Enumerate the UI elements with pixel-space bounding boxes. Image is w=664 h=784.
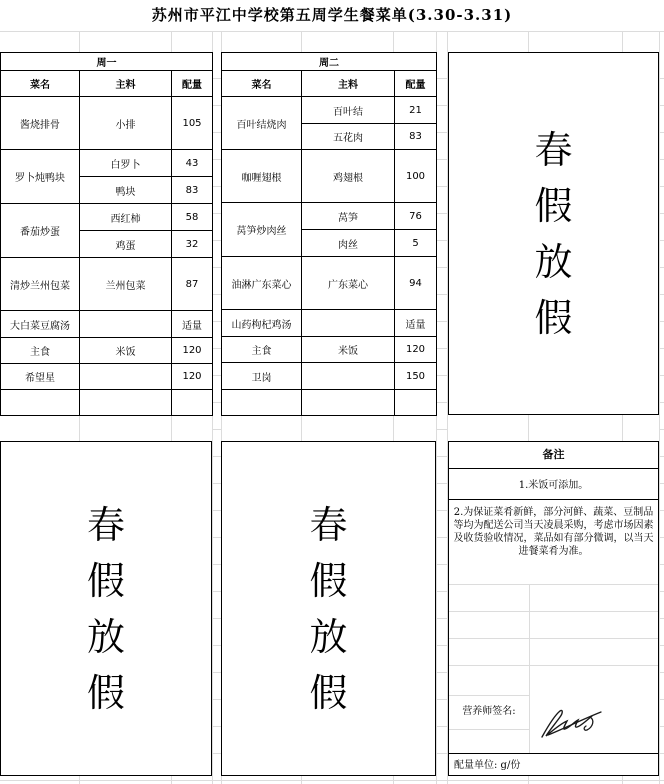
notes-panel: 备注 1.米饭可添加。 2.为保证菜肴新鲜，部分河鲜、蔬菜、豆制品等均为配送公司…	[448, 441, 659, 776]
holiday-char: 放	[309, 609, 347, 665]
amount-cell: 120	[172, 338, 213, 364]
column-header: 主料	[302, 71, 395, 97]
amount-cell: 58	[172, 204, 213, 231]
amount-cell	[172, 390, 213, 416]
holiday-char: 放	[534, 234, 572, 290]
amount-cell: 43	[172, 150, 213, 177]
amount-cell: 83	[172, 177, 213, 204]
ingredient-cell: 鸡翅根	[302, 150, 395, 203]
dish-cell: 百叶结烧肉	[222, 97, 302, 150]
gridline	[529, 584, 530, 753]
dietitian-signature	[535, 704, 605, 746]
ingredient-cell: 小排	[80, 97, 172, 150]
amount-cell: 120	[395, 337, 437, 363]
page-title: 苏州市平江中学校第五周学生餐菜单(3.30-3.31)	[0, 4, 664, 25]
day-header: 周二	[222, 53, 437, 71]
dish-cell: 番茄炒蛋	[1, 204, 80, 258]
ingredient-cell: 肉丝	[302, 230, 395, 257]
day-header: 周一	[1, 53, 213, 71]
dish-cell: 咖喱翅根	[222, 150, 302, 203]
ingredient-cell: 百叶结	[302, 97, 395, 124]
ingredient-cell	[302, 390, 395, 416]
dish-cell: 主食	[1, 338, 80, 364]
amount-cell	[395, 390, 437, 416]
holiday-panel-bottom-middle: 春 假 放 假	[221, 441, 436, 776]
amount-cell: 适量	[172, 311, 213, 338]
holiday-char: 假	[309, 553, 347, 609]
ingredient-cell: 米饭	[302, 337, 395, 363]
dish-cell	[1, 390, 80, 416]
menu-sheet: 苏州市平江中学校第五周学生餐菜单(3.30-3.31) 周一 菜名 主料 配量 …	[0, 0, 664, 784]
ingredient-cell: 鸡蛋	[80, 231, 172, 258]
gridline	[0, 31, 664, 32]
amount-cell: 83	[395, 124, 437, 150]
ingredient-cell: 米饭	[80, 338, 172, 364]
holiday-char: 春	[87, 497, 125, 553]
gridline	[449, 638, 658, 639]
ingredient-cell	[302, 310, 395, 337]
gridline	[660, 52, 664, 776]
holiday-char: 假	[87, 665, 125, 721]
ingredient-cell: 莴笋	[302, 203, 395, 230]
amount-cell: 120	[172, 364, 213, 390]
portion-unit-label: 配量单位: g/份	[449, 753, 658, 777]
column-header: 配量	[395, 71, 437, 97]
gridline	[449, 665, 658, 666]
amount-cell: 87	[172, 258, 213, 311]
column-header: 主料	[80, 71, 172, 97]
amount-cell: 5	[395, 230, 437, 257]
gridline	[449, 584, 658, 585]
notes-header: 备注	[449, 442, 658, 469]
gridline	[213, 52, 221, 776]
gridline	[0, 780, 664, 781]
dish-cell: 清炒兰州包菜	[1, 258, 80, 311]
gridline	[449, 611, 658, 612]
ingredient-cell	[80, 390, 172, 416]
column-header: 配量	[172, 71, 213, 97]
ingredient-cell	[80, 364, 172, 390]
dietitian-signature-label: 营养师签名:	[449, 695, 529, 729]
amount-cell: 100	[395, 150, 437, 203]
tuesday-menu-table: 周二 菜名 主料 配量 百叶结烧肉 百叶结 21 五花肉 83 咖喱翅根 鸡翅根…	[221, 52, 437, 416]
ingredient-cell: 五花肉	[302, 124, 395, 150]
holiday-char: 放	[87, 609, 125, 665]
holiday-char: 假	[87, 553, 125, 609]
ingredient-cell	[80, 311, 172, 338]
dish-cell: 山药枸杞鸡汤	[222, 310, 302, 337]
dish-cell: 酱烧排骨	[1, 97, 80, 150]
column-header: 菜名	[1, 71, 80, 97]
holiday-panel-bottom-left: 春 假 放 假	[0, 441, 212, 776]
ingredient-cell	[302, 363, 395, 390]
amount-cell: 105	[172, 97, 213, 150]
notes-item-1: 1.米饭可添加。	[449, 469, 658, 500]
amount-cell: 21	[395, 97, 437, 124]
ingredient-cell: 西红柿	[80, 204, 172, 231]
gridline	[437, 52, 447, 776]
amount-cell: 150	[395, 363, 437, 390]
amount-cell: 32	[172, 231, 213, 258]
gridline	[449, 729, 529, 730]
dish-cell: 油淋广东菜心	[222, 257, 302, 310]
holiday-char: 假	[309, 665, 347, 721]
amount-cell: 适量	[395, 310, 437, 337]
dish-cell: 卫岗	[222, 363, 302, 390]
ingredient-cell: 广东菜心	[302, 257, 395, 310]
amount-cell: 94	[395, 257, 437, 310]
dish-cell	[222, 390, 302, 416]
dish-cell: 莴笋炒肉丝	[222, 203, 302, 257]
ingredient-cell: 白罗卜	[80, 150, 172, 177]
monday-menu-table: 周一 菜名 主料 配量 酱烧排骨 小排 105 罗卜炖鸭块 白罗卜 43 鸭块 …	[0, 52, 213, 416]
ingredient-cell: 兰州包菜	[80, 258, 172, 311]
amount-cell: 76	[395, 203, 437, 230]
dish-cell: 罗卜炖鸭块	[1, 150, 80, 204]
notes-item-2: 2.为保证菜肴新鲜，部分河鲜、蔬菜、豆制品等均为配送公司当天凌晨采购，考虑市场因…	[452, 500, 655, 558]
holiday-panel-top-right: 春 假 放 假	[448, 52, 659, 415]
dish-cell: 大白菜豆腐汤	[1, 311, 80, 338]
column-header: 菜名	[222, 71, 302, 97]
dish-cell: 希望星	[1, 364, 80, 390]
holiday-char: 春	[534, 122, 572, 178]
dish-cell: 主食	[222, 337, 302, 363]
holiday-char: 假	[534, 290, 572, 346]
ingredient-cell: 鸭块	[80, 177, 172, 204]
holiday-char: 春	[309, 497, 347, 553]
holiday-char: 假	[534, 178, 572, 234]
